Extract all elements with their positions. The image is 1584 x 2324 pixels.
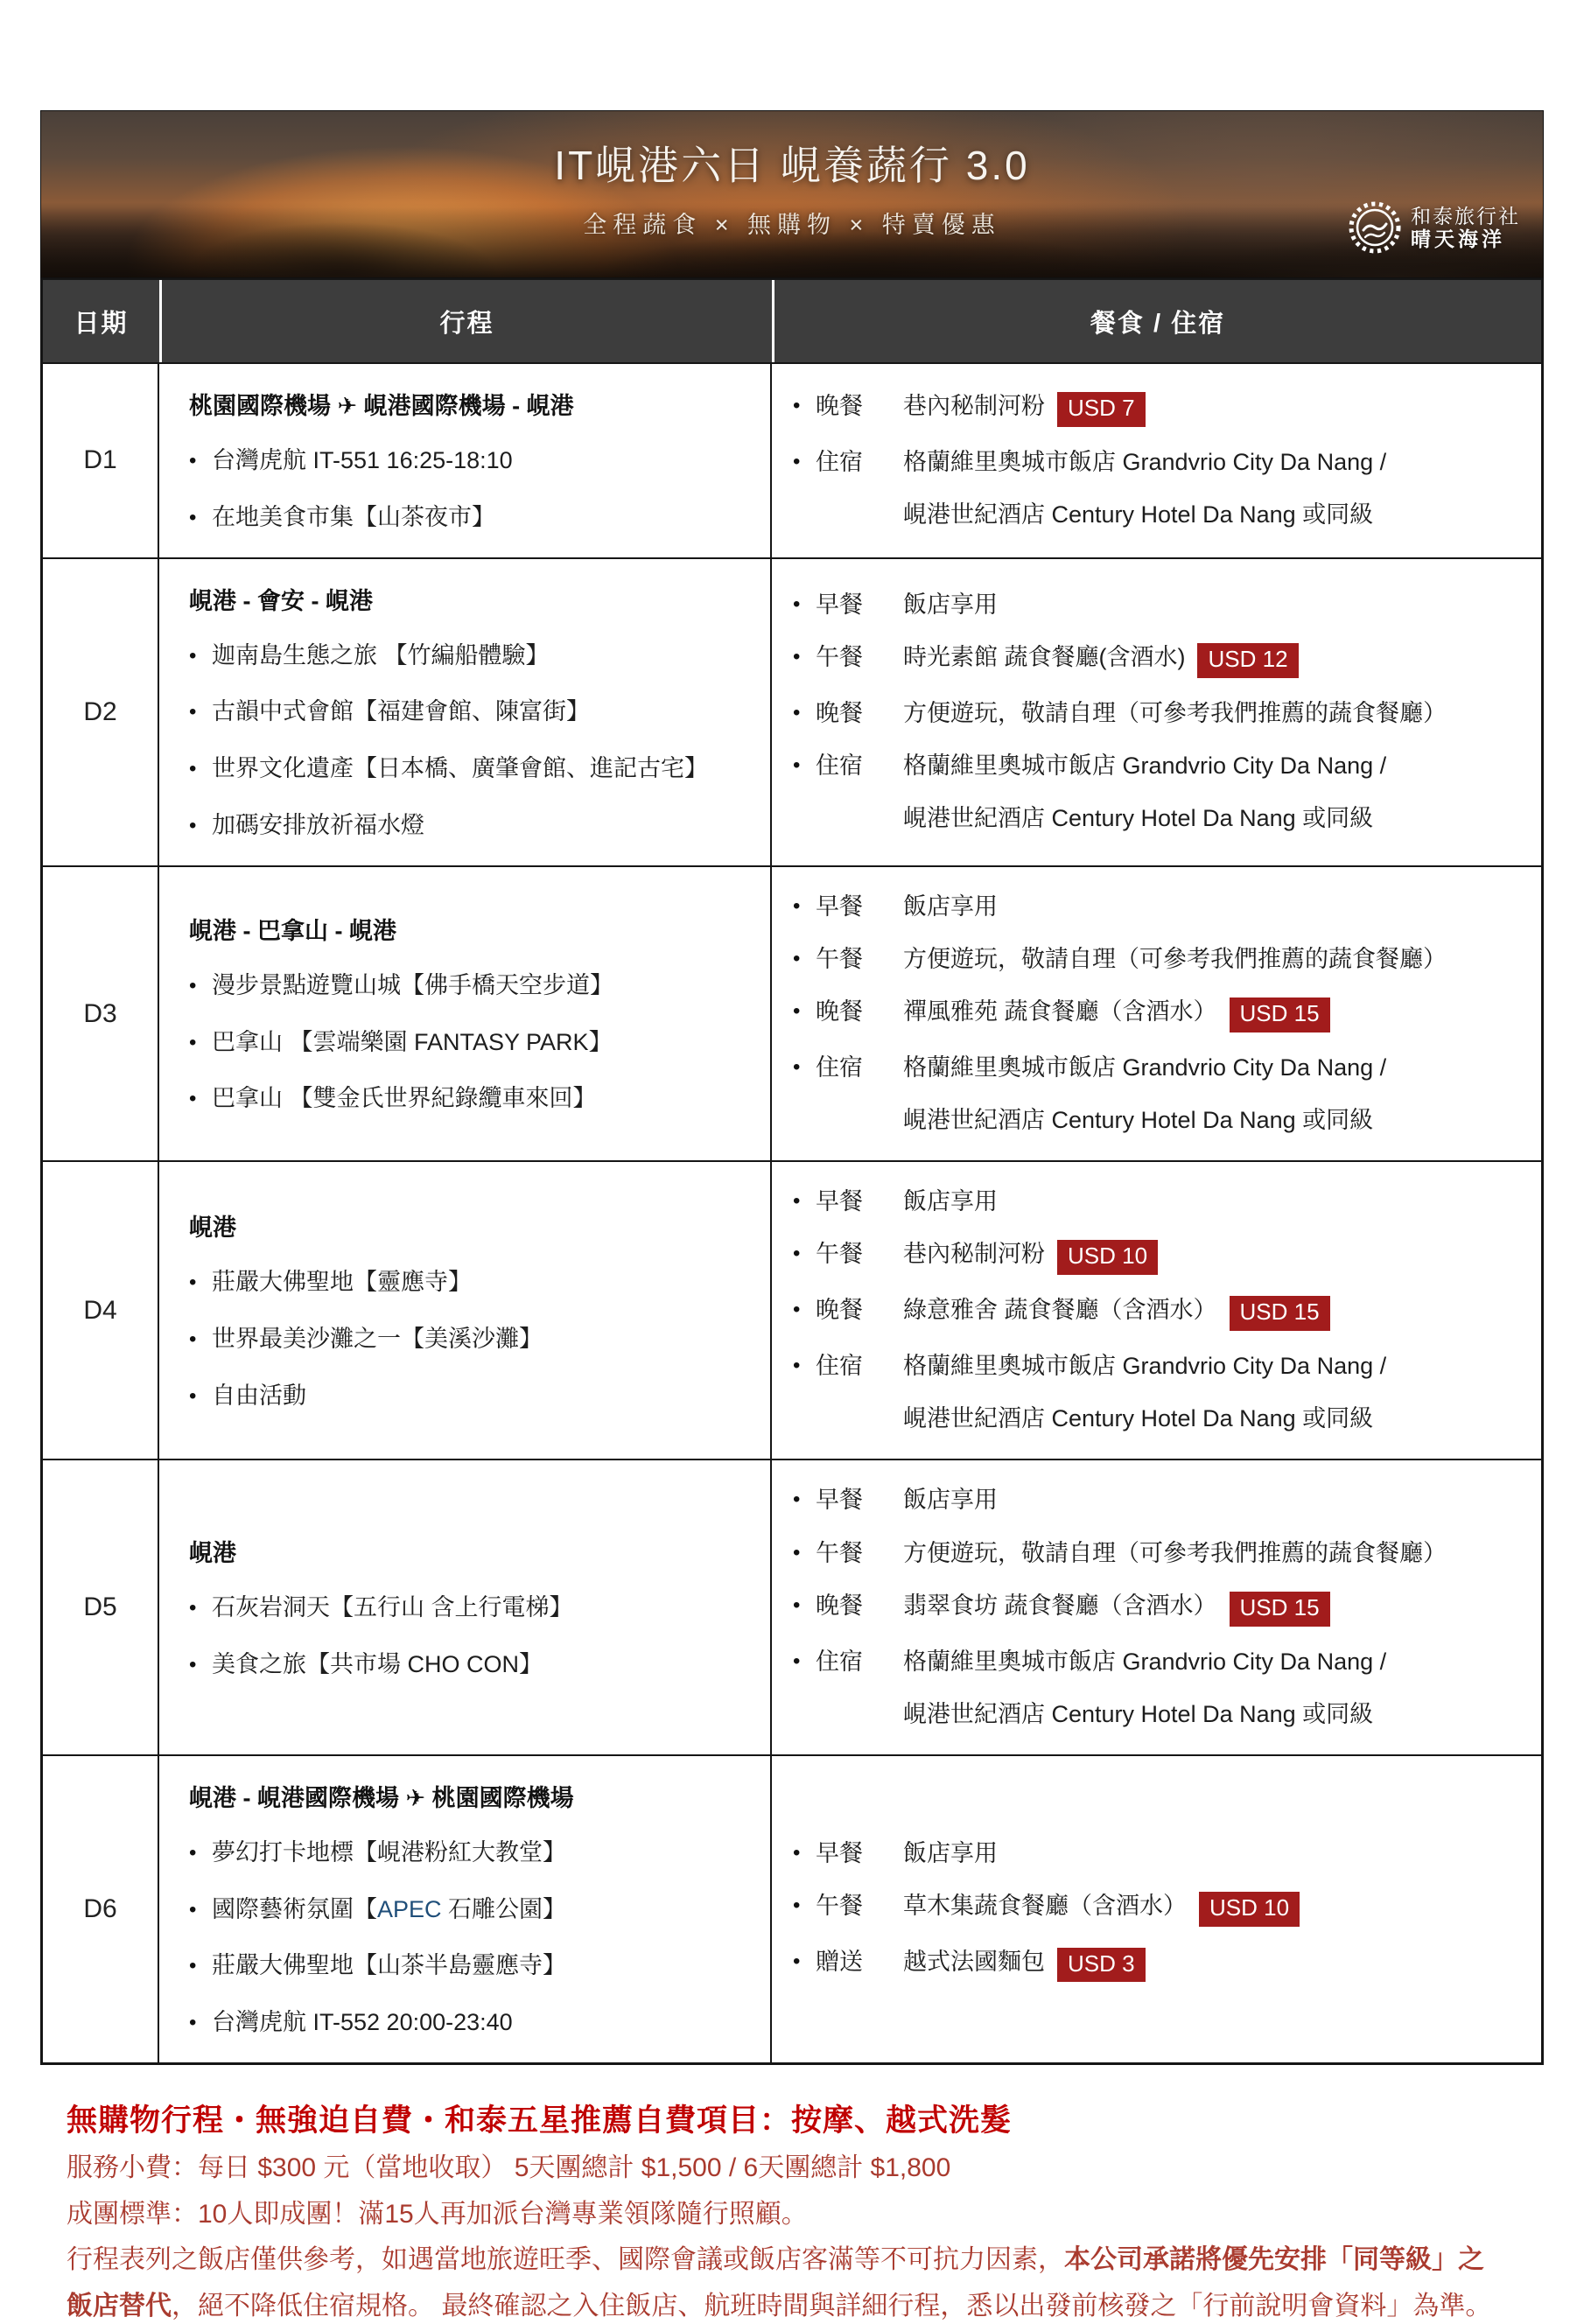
meal-line: •早餐飯店享用 xyxy=(793,1483,1525,1517)
group-standard-line: 成團標準：10人即成團！滿15人再加派台灣專業領隊隨行照顧。 xyxy=(67,2197,1544,2233)
itinerary-item: •夢幻打卡地標【峴港粉紅大教堂】 xyxy=(189,1837,754,1870)
meal-text: 禪風雅苑 蔬食餐廳（含酒水）USD 15 xyxy=(903,995,1525,1032)
brand-tagline: 晴天海洋 xyxy=(1411,227,1520,250)
route-title: 峴港 xyxy=(189,1208,754,1242)
hotel-text: 格蘭維里奧城市飯店 Grandvrio City Da Nang /峴港世紀酒店… xyxy=(903,749,1525,836)
meal-label: 住宿 xyxy=(816,1051,903,1085)
item-text: 在地美食市集【山茶夜市】 xyxy=(212,501,495,535)
bullet-icon: • xyxy=(189,1648,212,1681)
bullet-icon: • xyxy=(793,749,816,781)
meal-line: •晚餐方便遊玩，敬請自理（可參考我們推薦的蔬食餐廳） xyxy=(793,696,1525,731)
table-row-d6: D6 峴港 - 峴港國際機場 ✈ 桃園國際機場 •夢幻打卡地標【峴港粉紅大教堂】… xyxy=(43,1754,1541,2062)
meal-line: •晚餐巷內秘制河粉USD 7 xyxy=(793,389,1525,427)
hotel-line-2: 峴港世紀酒店 Century Hotel Da Nang 或同級 xyxy=(903,1402,1525,1436)
banner: IT峴港六日 峴養蔬行 3.0 全程蔬食 × 無購物 × 特賣優惠 和泰旅行社 … xyxy=(40,110,1544,278)
meal-label: 住宿 xyxy=(816,445,903,479)
item-text: 莊嚴大佛聖地【山茶半島靈應寺】 xyxy=(212,1949,566,1983)
meal-text: 方便遊玩，敬請自理（可參考我們推薦的蔬食餐廳） xyxy=(903,942,1525,976)
meal-line: •午餐方便遊玩，敬請自理（可參考我們推薦的蔬食餐廳） xyxy=(793,1536,1525,1571)
meal-label: 早餐 xyxy=(816,890,903,924)
page-title: IT峴港六日 峴養蔬行 3.0 xyxy=(41,134,1543,192)
hotel-policy-line-1: 行程表列之飯店僅供參考，如遇當地旅遊旺季、國際會議或飯店客滿等不可抗力因素，本公… xyxy=(67,2243,1544,2278)
bullet-icon: • xyxy=(189,696,212,728)
meal-text: 巷內秘制河粉USD 7 xyxy=(903,389,1525,427)
meal-text: 飯店享用 xyxy=(903,1837,1525,1871)
itinerary-item: •台灣虎航 IT-552 20:00-23:40 xyxy=(189,2006,754,2040)
bullet-icon: • xyxy=(793,696,816,729)
itinerary-item: •莊嚴大佛聖地【山茶半島靈應寺】 xyxy=(189,1949,754,1983)
day-cell: D6 xyxy=(43,1756,159,2062)
itinerary-item: •國際藝術氛圍【APEC 石雕公園】 xyxy=(189,1893,754,1927)
bullet-icon: • xyxy=(189,1949,212,1982)
meal-line: •早餐飯店享用 xyxy=(793,1837,1525,1871)
itinerary-item: •石灰岩洞天【五行山 含上行電梯】 xyxy=(189,1592,754,1625)
itinerary-item: •巴拿山 【雙金氏世界紀錄纜車來回】 xyxy=(189,1082,754,1116)
bullet-icon: • xyxy=(793,1349,816,1382)
meal-label: 午餐 xyxy=(816,640,903,675)
bullet-icon: • xyxy=(189,809,212,842)
meal-line: •午餐巷內秘制河粉USD 10 xyxy=(793,1237,1525,1275)
price-badge: USD 10 xyxy=(1057,1240,1158,1275)
meals-cell: •早餐飯店享用 •午餐方便遊玩，敬請自理（可參考我們推薦的蔬食餐廳） •晚餐翡翠… xyxy=(772,1460,1541,1753)
meal-line: •午餐方便遊玩，敬請自理（可參考我們推薦的蔬食餐廳） xyxy=(793,942,1525,976)
meal-label: 早餐 xyxy=(816,1837,903,1871)
header-date: 日期 xyxy=(43,280,159,362)
item-text: 古韻中式會館【福建會館、陳富街】 xyxy=(212,696,590,729)
item-text: 石灰岩洞天【五行山 含上行電梯】 xyxy=(212,1592,573,1625)
bullet-icon: • xyxy=(793,1483,816,1515)
meal-text: 飯店享用 xyxy=(903,890,1525,924)
hotel-line-1: 格蘭維里奧城市飯店 Grandvrio City Da Nang / xyxy=(903,1645,1525,1679)
itinerary-item: •迦南島生態之旅 【竹編船體驗】 xyxy=(189,640,754,673)
item-text: 巴拿山 【雲端樂園 FANTASY PARK】 xyxy=(212,1026,613,1060)
itinerary-table: 日期 行程 餐食 / 住宿 D1 桃園國際機場 ✈ 峴港國際機場 - 峴港 •台… xyxy=(40,278,1544,2065)
bullet-icon: • xyxy=(189,640,212,672)
hotel-text: 格蘭維里奧城市飯店 Grandvrio City Da Nang /峴港世紀酒店… xyxy=(903,1349,1525,1436)
meal-label: 晚餐 xyxy=(816,696,903,731)
day-cell: D3 xyxy=(43,867,159,1160)
meal-label: 早餐 xyxy=(816,1185,903,1219)
bullet-icon: • xyxy=(793,1645,816,1677)
item-text: 世界最美沙灘之一【美溪沙灘】 xyxy=(212,1323,543,1356)
hotel-line-1: 格蘭維里奧城市飯店 Grandvrio City Da Nang / xyxy=(903,749,1525,783)
itinerary-cell: 峴港 - 峴港國際機場 ✈ 桃園國際機場 •夢幻打卡地標【峴港粉紅大教堂】 •國… xyxy=(159,1756,772,2062)
bullet-icon: • xyxy=(189,1082,212,1115)
item-text: 國際藝術氛圍【APEC 石雕公園】 xyxy=(212,1893,566,1927)
meal-line: •住宿格蘭維里奧城市飯店 Grandvrio City Da Nang /峴港世… xyxy=(793,445,1525,532)
meal-text: 綠意雅舍 蔬食餐廳（含酒水）USD 15 xyxy=(903,1293,1525,1331)
itinerary-cell: 桃園國際機場 ✈ 峴港國際機場 - 峴港 •台灣虎航 IT-551 16:25-… xyxy=(159,364,772,557)
meal-line: •早餐飯店享用 xyxy=(793,890,1525,924)
table-row-d5: D5 峴港 •石灰岩洞天【五行山 含上行電梯】 •美食之旅【共市場 CHO CO… xyxy=(43,1459,1541,1753)
bullet-icon: • xyxy=(793,890,816,922)
meal-label: 午餐 xyxy=(816,942,903,976)
meal-label: 晚餐 xyxy=(816,995,903,1029)
itinerary-item: •世界最美沙灘之一【美溪沙灘】 xyxy=(189,1323,754,1356)
hotel-text: 格蘭維里奧城市飯店 Grandvrio City Da Nang /峴港世紀酒店… xyxy=(903,445,1525,532)
bullet-icon: • xyxy=(189,501,212,534)
meals-cell: •晚餐巷內秘制河粉USD 7 •住宿格蘭維里奧城市飯店 Grandvrio Ci… xyxy=(772,364,1541,557)
meal-text: 越式法國麵包USD 3 xyxy=(903,1945,1525,1983)
itinerary-item: •莊嚴大佛聖地【靈應寺】 xyxy=(189,1266,754,1299)
item-text: 台灣虎航 IT-552 20:00-23:40 xyxy=(212,2006,513,2040)
price-badge: USD 12 xyxy=(1197,643,1298,678)
bullet-icon: • xyxy=(189,1893,212,1926)
item-text: 漫步景點遊覽山城【佛手橋天空步道】 xyxy=(212,969,613,1003)
meal-text: 翡翠食坊 蔬食餐廳（含酒水）USD 15 xyxy=(903,1589,1525,1627)
itinerary-page: IT峴港六日 峴養蔬行 3.0 全程蔬食 × 無購物 × 特賣優惠 和泰旅行社 … xyxy=(40,0,1544,2324)
meal-label: 晚餐 xyxy=(816,389,903,423)
meal-line: •住宿格蘭維里奧城市飯店 Grandvrio City Da Nang /峴港世… xyxy=(793,1051,1525,1137)
table-row-d2: D2 峴港 - 會安 - 峴港 •迦南島生態之旅 【竹編船體驗】 •古韻中式會館… xyxy=(43,557,1541,865)
bullet-icon: • xyxy=(189,1266,212,1298)
bullet-icon: • xyxy=(189,1837,212,1869)
hotel-text: 格蘭維里奧城市飯店 Grandvrio City Da Nang /峴港世紀酒店… xyxy=(903,1645,1525,1732)
itinerary-item: •自由活動 xyxy=(189,1380,754,1413)
bullet-icon: • xyxy=(189,444,212,477)
bullet-icon: • xyxy=(793,1237,816,1270)
meal-label: 午餐 xyxy=(816,1536,903,1571)
footer-heading: 無購物行程・無強迫自費・和泰五星推薦自費項目：按摩、越式洗髮 xyxy=(67,2096,1544,2140)
brand-name: 和泰旅行社 xyxy=(1411,205,1520,227)
meal-text: 草木集蔬食餐廳（含酒水）USD 10 xyxy=(903,1889,1525,1927)
meal-text: 飯店享用 xyxy=(903,1185,1525,1219)
meal-line: •晚餐綠意雅舍 蔬食餐廳（含酒水）USD 15 xyxy=(793,1293,1525,1331)
item-text: 巴拿山 【雙金氏世界紀錄纜車來回】 xyxy=(212,1082,597,1116)
meal-text: 方便遊玩，敬請自理（可參考我們推薦的蔬食餐廳） xyxy=(903,1536,1525,1571)
meal-label: 午餐 xyxy=(816,1237,903,1271)
hotel-text: 格蘭維里奧城市飯店 Grandvrio City Da Nang /峴港世紀酒店… xyxy=(903,1051,1525,1137)
bullet-icon: • xyxy=(793,640,816,673)
brand-text: 和泰旅行社 晴天海洋 xyxy=(1411,205,1520,251)
bullet-icon: • xyxy=(793,1185,816,1217)
meal-line: •贈送越式法國麵包USD 3 xyxy=(793,1945,1525,1983)
bullet-icon: • xyxy=(793,389,816,422)
bullet-icon: • xyxy=(189,1380,212,1412)
meal-text: 時光素館 蔬食餐廳(含酒水)USD 12 xyxy=(903,640,1525,678)
bullet-icon: • xyxy=(793,1293,816,1326)
hotel-line-1: 格蘭維里奧城市飯店 Grandvrio City Da Nang / xyxy=(903,1349,1525,1383)
meal-text: 巷內秘制河粉USD 10 xyxy=(903,1237,1525,1275)
meal-label: 晚餐 xyxy=(816,1293,903,1327)
bullet-icon: • xyxy=(189,752,212,785)
day-cell: D5 xyxy=(43,1460,159,1753)
item-text: 自由活動 xyxy=(212,1380,306,1413)
meals-cell: •早餐飯店享用 •午餐草木集蔬食餐廳（含酒水）USD 10 •贈送越式法國麵包U… xyxy=(772,1756,1541,2062)
route-title: 峴港 - 峴港國際機場 ✈ 桃園國際機場 xyxy=(189,1779,754,1813)
price-badge: USD 15 xyxy=(1230,1296,1330,1331)
meal-line: •午餐時光素館 蔬食餐廳(含酒水)USD 12 xyxy=(793,640,1525,678)
bullet-icon: • xyxy=(793,1589,816,1621)
hotel-line-1: 格蘭維里奧城市飯店 Grandvrio City Da Nang / xyxy=(903,1051,1525,1085)
itinerary-item: •在地美食市集【山茶夜市】 xyxy=(189,501,754,535)
itinerary-cell: 峴港 •石灰岩洞天【五行山 含上行電梯】 •美食之旅【共市場 CHO CON】 xyxy=(159,1460,772,1753)
hotel-line-2: 峴港世紀酒店 Century Hotel Da Nang 或同級 xyxy=(903,801,1525,836)
meals-cell: •早餐飯店享用 •午餐巷內秘制河粉USD 10 •晚餐綠意雅舍 蔬食餐廳（含酒水… xyxy=(772,1162,1541,1459)
item-text: 世界文化遺產【日本橋、廣肇會館、進記古宅】 xyxy=(212,752,708,786)
meals-cell: •早餐飯店享用 •午餐時光素館 蔬食餐廳(含酒水)USD 12 •晚餐方便遊玩，… xyxy=(772,559,1541,865)
page-subtitle: 全程蔬食 × 無購物 × 特賣優惠 xyxy=(41,206,1543,240)
item-text: 美食之旅【共市場 CHO CON】 xyxy=(212,1648,543,1682)
hotel-line-2: 峴港世紀酒店 Century Hotel Da Nang 或同級 xyxy=(903,498,1525,532)
bullet-icon: • xyxy=(793,445,816,478)
bullet-icon: • xyxy=(793,1837,816,1869)
bullet-icon: • xyxy=(793,1536,816,1569)
header-meals: 餐食 / 住宿 xyxy=(772,280,1541,362)
route-title: 桃園國際機場 ✈ 峴港國際機場 - 峴港 xyxy=(189,387,754,421)
item-text: 莊嚴大佛聖地【靈應寺】 xyxy=(212,1266,472,1299)
bullet-icon: • xyxy=(189,1026,212,1059)
itinerary-item: •巴拿山 【雲端樂園 FANTASY PARK】 xyxy=(189,1026,754,1060)
day-cell: D4 xyxy=(43,1162,159,1459)
meal-line: •住宿格蘭維里奧城市飯店 Grandvrio City Da Nang /峴港世… xyxy=(793,1349,1525,1436)
header-itinerary: 行程 xyxy=(159,280,772,362)
price-badge: USD 15 xyxy=(1230,1592,1330,1627)
meal-label: 贈送 xyxy=(816,1945,903,1979)
meal-label: 午餐 xyxy=(816,1889,903,1923)
itinerary-item: •台灣虎航 IT-551 16:25-18:10 xyxy=(189,444,754,478)
meal-text: 方便遊玩，敬請自理（可參考我們推薦的蔬食餐廳） xyxy=(903,696,1525,731)
meal-label: 住宿 xyxy=(816,749,903,783)
itinerary-item: •美食之旅【共市場 CHO CON】 xyxy=(189,1648,754,1682)
meal-line: •住宿格蘭維里奧城市飯店 Grandvrio City Da Nang /峴港世… xyxy=(793,749,1525,836)
bullet-icon: • xyxy=(189,2006,212,2039)
route-title: 峴港 - 巴拿山 - 峴港 xyxy=(189,912,754,946)
meal-label: 早餐 xyxy=(816,1483,903,1517)
day-cell: D1 xyxy=(43,364,159,557)
itinerary-item: •加碼安排放祈福水燈 xyxy=(189,809,754,843)
meal-label: 住宿 xyxy=(816,1349,903,1383)
meal-text: 飯店享用 xyxy=(903,1483,1525,1517)
bullet-icon: • xyxy=(793,942,816,975)
bullet-icon: • xyxy=(793,1051,816,1083)
brand-logo: 和泰旅行社 晴天海洋 xyxy=(1348,200,1520,255)
meal-label: 晚餐 xyxy=(816,1589,903,1623)
bullet-icon: • xyxy=(189,1323,212,1355)
hotel-line-1: 格蘭維里奧城市飯店 Grandvrio City Da Nang / xyxy=(903,445,1525,479)
meal-line: •早餐飯店享用 xyxy=(793,588,1525,622)
bullet-icon: • xyxy=(793,1945,816,1977)
table-row-d1: D1 桃園國際機場 ✈ 峴港國際機場 - 峴港 •台灣虎航 IT-551 16:… xyxy=(43,362,1541,557)
item-text: 夢幻打卡地標【峴港粉紅大教堂】 xyxy=(212,1837,566,1870)
hotel-policy-line-2: 飯店替代，絕不降低住宿規格。 最終確認之入住飯店、航班時間與詳細行程，悉以出發前… xyxy=(67,2289,1544,2324)
itinerary-cell: 峴港 - 巴拿山 - 峴港 •漫步景點遊覽山城【佛手橋天空步道】 •巴拿山 【雲… xyxy=(159,867,772,1160)
service-tip-line: 服務小費：每日 $300 元（當地收取） 5天團總計 $1,500 / 6天團總… xyxy=(67,2151,1544,2187)
hotel-line-2: 峴港世紀酒店 Century Hotel Da Nang 或同級 xyxy=(903,1697,1525,1732)
itinerary-cell: 峴港 - 會安 - 峴港 •迦南島生態之旅 【竹編船體驗】 •古韻中式會館【福建… xyxy=(159,559,772,865)
bullet-icon: • xyxy=(189,1592,212,1624)
bullet-icon: • xyxy=(793,1889,816,1921)
item-text: 加碼安排放祈福水燈 xyxy=(212,809,424,843)
bullet-icon: • xyxy=(793,588,816,620)
item-text: 迦南島生態之旅 【竹編船體驗】 xyxy=(212,640,550,673)
table-row-d3: D3 峴港 - 巴拿山 - 峴港 •漫步景點遊覽山城【佛手橋天空步道】 •巴拿山… xyxy=(43,865,1541,1160)
meals-cell: •早餐飯店享用 •午餐方便遊玩，敬請自理（可參考我們推薦的蔬食餐廳） •晚餐禪風… xyxy=(772,867,1541,1160)
meal-line: •晚餐翡翠食坊 蔬食餐廳（含酒水）USD 15 xyxy=(793,1589,1525,1627)
route-title: 峴港 - 會安 - 峴港 xyxy=(189,582,754,616)
itinerary-cell: 峴港 •莊嚴大佛聖地【靈應寺】 •世界最美沙灘之一【美溪沙灘】 •自由活動 xyxy=(159,1162,772,1459)
meal-line: •晚餐禪風雅苑 蔬食餐廳（含酒水）USD 15 xyxy=(793,995,1525,1032)
apec-highlight: APEC xyxy=(377,1896,442,1922)
table-row-d4: D4 峴港 •莊嚴大佛聖地【靈應寺】 •世界最美沙灘之一【美溪沙灘】 •自由活動… xyxy=(43,1160,1541,1459)
hotel-line-2: 峴港世紀酒店 Century Hotel Da Nang 或同級 xyxy=(903,1103,1525,1137)
price-badge: USD 3 xyxy=(1057,1948,1146,1983)
meal-label: 早餐 xyxy=(816,588,903,622)
itinerary-item: •古韻中式會館【福建會館、陳富街】 xyxy=(189,696,754,729)
table-header-row: 日期 行程 餐食 / 住宿 xyxy=(43,278,1541,362)
price-badge: USD 10 xyxy=(1199,1892,1300,1927)
footer-notes: 無購物行程・無強迫自費・和泰五星推薦自費項目：按摩、越式洗髮 服務小費：每日 $… xyxy=(40,2096,1544,2324)
sun-wave-icon xyxy=(1348,200,1402,255)
itinerary-item: •漫步景點遊覽山城【佛手橋天空步道】 xyxy=(189,969,754,1003)
itinerary-item: •世界文化遺產【日本橋、廣肇會館、進記古宅】 xyxy=(189,752,754,786)
meal-label: 住宿 xyxy=(816,1645,903,1679)
bullet-icon: • xyxy=(189,969,212,1002)
meal-line: •午餐草木集蔬食餐廳（含酒水）USD 10 xyxy=(793,1889,1525,1927)
price-badge: USD 15 xyxy=(1230,997,1330,1032)
item-text: 台灣虎航 IT-551 16:25-18:10 xyxy=(212,444,513,478)
bullet-icon: • xyxy=(793,995,816,1027)
meal-line: •住宿格蘭維里奧城市飯店 Grandvrio City Da Nang /峴港世… xyxy=(793,1645,1525,1732)
route-title: 峴港 xyxy=(189,1534,754,1568)
price-badge: USD 7 xyxy=(1057,392,1146,427)
meal-text: 飯店享用 xyxy=(903,588,1525,622)
meal-line: •早餐飯店享用 xyxy=(793,1185,1525,1219)
day-cell: D2 xyxy=(43,559,159,865)
